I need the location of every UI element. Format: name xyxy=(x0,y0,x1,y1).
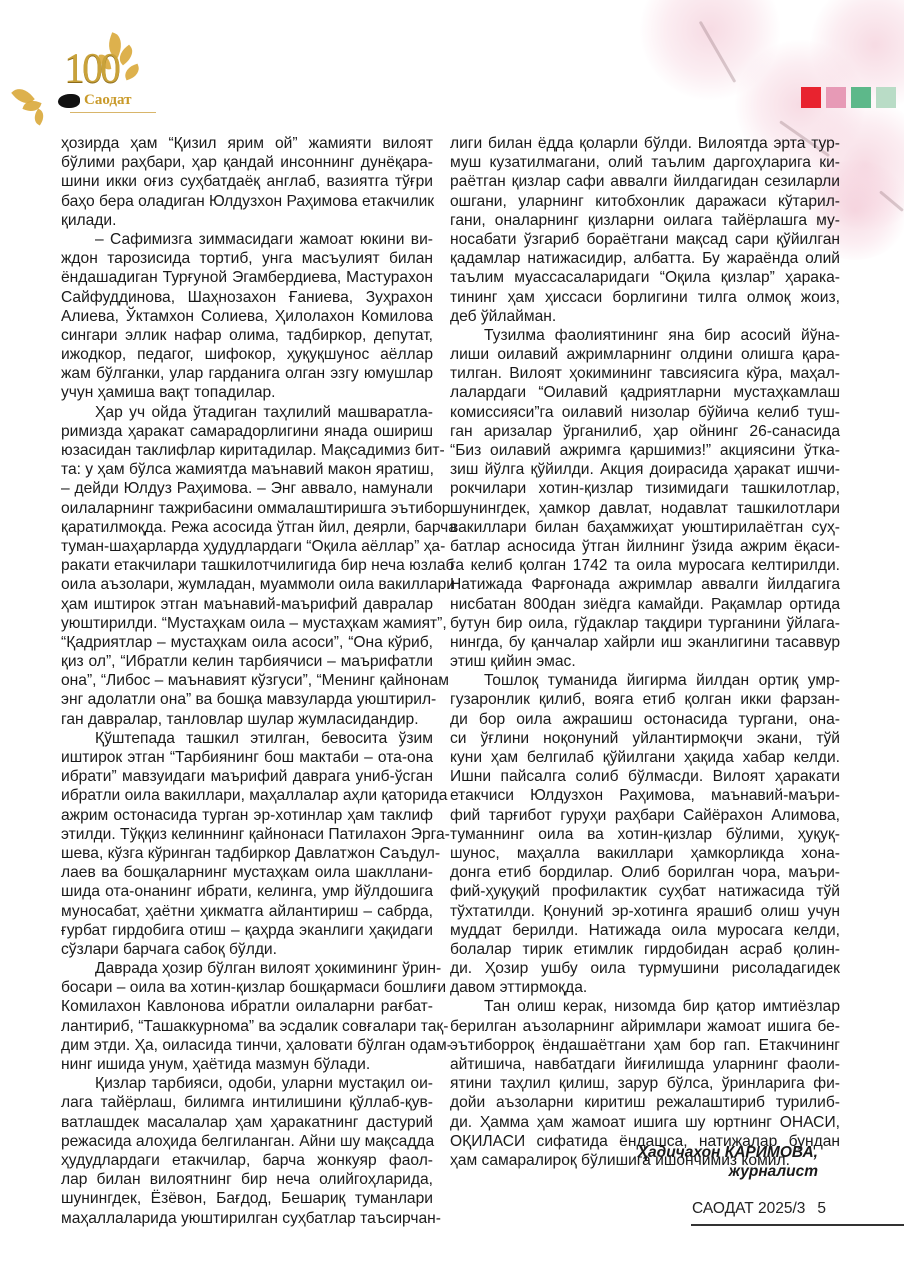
text-line: тининг ҳам ҳиссаси борлигини тилга олмоқ… xyxy=(450,288,840,307)
text-line: шунос, маҳалла вакиллари ҳамкорликда хон… xyxy=(450,844,840,863)
text-line: ҳозирда ҳам “Қизил ярим ой” жамияти вило… xyxy=(61,134,433,153)
swatch-green xyxy=(851,87,871,108)
text-line: “Қадриятлар – мустаҳкам оила асоси”, “Он… xyxy=(61,633,433,652)
text-line: лалардаги “Оилавий қадриятларни мустаҳка… xyxy=(450,383,840,402)
text-line: Ишни пайсалга солиб бўлмасди. Вилоят ҳар… xyxy=(450,767,840,786)
text-line: таълим муассасаларидаги “Оқила қизлар” ҳ… xyxy=(450,268,840,287)
text-line: сўзлари барчага сабоқ бўлди. xyxy=(61,940,433,959)
text-line: она”, “Либос – маънавият кўзгуси”, “Мени… xyxy=(61,671,433,690)
text-line: ракати етакчилари ташкилотчилигида бир н… xyxy=(61,556,433,575)
text-line: куни ҳам белгилаб қўйилгани ҳақида хабар… xyxy=(450,748,840,767)
text-line: тилган. Вилоят ҳокимининг тавсиясига кўр… xyxy=(450,364,840,383)
text-line: дойи аъзоларни киритиш режалаштириб тури… xyxy=(450,1093,840,1112)
article-left-column: ҳозирда ҳам “Қизил ярим ой” жамияти вило… xyxy=(61,134,433,1228)
text-line: туманнинг оила ва хотин-қизлар бўлими, ҳ… xyxy=(450,825,840,844)
text-line: – дейди Юлдуз Раҳимова. – Энг аввало, на… xyxy=(61,479,433,498)
text-line: юзасидан таклифлар киритадилар. Мақсадим… xyxy=(61,441,433,460)
text-line: та: у ҳам бўлса жамиятда маънавий макон … xyxy=(61,460,433,479)
text-line: дим этди. Ҳа, оиласида тинчи, ҳаловати б… xyxy=(61,1036,433,1055)
text-line: лага тайёрлаш, билимга интилишини қўллаб… xyxy=(61,1093,433,1112)
text-line: римизда ҳаракат самарадорлигини янада ош… xyxy=(61,422,433,441)
text-line: лиши оилавий ажримларнинг олдини олишга … xyxy=(450,345,840,364)
text-line: нисбатан 800дан зиёдга камайди. Рақамлар… xyxy=(450,595,840,614)
text-line: гани, оналарнинг қизларни оилага тайёрла… xyxy=(450,211,840,230)
color-swatch-strip xyxy=(801,87,896,108)
text-line: оила аъзолари, жумладан, муаммоли оила в… xyxy=(61,575,433,594)
text-line: батлар асносида ўтган йилнинг ўзида ажри… xyxy=(450,537,840,556)
magazine-issue: САОДАТ 2025/3 xyxy=(692,1200,805,1217)
text-line: нинг ишида унум, ҳаётида мазмун бўлади. xyxy=(61,1055,433,1074)
text-line: комиссияси”га оилавий низолар бўйича кел… xyxy=(450,403,840,422)
text-line: уюштирилди. “Мустаҳкам оила – мустаҳкам … xyxy=(61,614,433,633)
text-line: туман-шаҳарларда ҳудудлардаги “Оқила аёл… xyxy=(61,537,433,556)
text-line: сингари эллик нафар олима, тадбиркор, де… xyxy=(61,326,433,345)
text-line: босари – оила ва хотин-қизлар бошқармаси… xyxy=(61,978,433,997)
text-line: Тошлоқ туманида йигирма йилдан ортиқ умр… xyxy=(450,671,840,690)
text-line: ибратли оила вакиллари, маҳаллалар аҳли … xyxy=(61,786,433,805)
text-line: вакиллари билан баҳамжиҳат уюштирилаётга… xyxy=(450,518,840,537)
text-line: Комилахон Кавлонова ибратли оилаларни ра… xyxy=(61,997,433,1016)
text-line: лар билан вилоятнинг бир неча олийгоҳлар… xyxy=(61,1170,433,1189)
text-line: шини икки оғиз суҳбатдаёқ англаб, вазият… xyxy=(61,172,433,191)
text-line: шунингдек, ҳамкор давлат, нодавлат ташки… xyxy=(450,499,840,518)
text-line: шунингдек, Ёзёвон, Бағдод, Бешариқ туман… xyxy=(61,1189,433,1208)
text-line: носабати ўзгариб бораётгани мақсад сари … xyxy=(450,230,840,249)
text-line: ижодкор, педагог, шифокор, ҳуқуқшунос аё… xyxy=(61,345,433,364)
text-line: етакчиси Юлдузхон Раҳимова, маънавий-маъ… xyxy=(450,786,840,805)
text-line: ҳам иштирок этган маънавий-маърифий давр… xyxy=(61,595,433,614)
text-line: учун ҳамиша вақт топадилар. xyxy=(61,383,433,402)
text-line: қилади. xyxy=(61,211,433,230)
text-line: ошгани, уларнинг китобхонлик даражаси кў… xyxy=(450,192,840,211)
text-line: лаев ва бошқаларнинг мустаҳкам оила шакл… xyxy=(61,863,433,882)
text-line: фий тарғибот гуруҳи раҳбари Сайёрахон Ал… xyxy=(450,806,840,825)
text-line: давом эттирмоқда. xyxy=(450,978,840,997)
text-line: Тузилма фаолиятининг яна бир асосий йўна… xyxy=(450,326,840,345)
text-line: болалар тирик етимлик гирдобидан асраб қ… xyxy=(450,940,840,959)
text-line: Қўштепада ташкил этилган, бевосита ўзим xyxy=(61,729,433,748)
author-signature: Ҳадичахон КАРИМОВА, журналист xyxy=(638,1143,818,1181)
text-line: бутун бир оила, гўдаклар тақдири тургани… xyxy=(450,614,840,633)
text-line: раётган қизлар сафи аввалги йилдагидан с… xyxy=(450,172,840,191)
magazine-anniversary-logo: 100 Саодат xyxy=(8,26,158,126)
text-line: си ўғлини ноқонуний уйлантирмоқчи экани,… xyxy=(450,729,840,748)
text-line: берилган аъзоларнинг айримлари жамоат иш… xyxy=(450,1017,840,1036)
text-line: ажрим остонасида турган эр-хотинлар ҳам … xyxy=(61,806,433,825)
text-line: рокчилари хотин-қизлар тизимидаги ташкил… xyxy=(450,479,840,498)
text-line: Даврада ҳозир бўлган вилоят ҳокимининг ў… xyxy=(61,959,433,978)
text-line: ҳудудлардаги етакчилар, барча жонкуяр фа… xyxy=(61,1151,433,1170)
text-line: этилди. Тўққиз келиннинг қайнонаси Патил… xyxy=(61,825,433,844)
text-line: муш кузатилмагани, олий таълим даргоҳлар… xyxy=(450,153,840,172)
text-line: жам бўлганки, улар гарданига олган эзгу … xyxy=(61,364,433,383)
text-line: этиш қийин эмас. xyxy=(450,652,840,671)
text-line: – Сафимизга зиммасидаги жамоат юкини ви- xyxy=(61,230,433,249)
text-line: ган давралар, танловлар шулар жумласидан… xyxy=(61,710,433,729)
text-line: ждон тарозисида тортиб, унга масъулият б… xyxy=(61,249,433,268)
text-line: деб ўйлайман. xyxy=(450,307,840,326)
text-line: маҳаллаларида уюштирилган суҳбатлар таъс… xyxy=(61,1209,433,1228)
article-right-column: лиги билан ёдда қоларли бўлди. Вилоятда … xyxy=(450,134,840,1170)
text-line: Натижада Фарғонада ажримлар аввалги йилд… xyxy=(450,575,840,594)
text-line: айтишича, навбатдаги йиғилишда уларнинг … xyxy=(450,1055,840,1074)
text-line: гузаронлик қилиб, вояга етиб қолган икки… xyxy=(450,690,840,709)
text-line: лиги билан ёдда қоларли бўлди. Вилоятда … xyxy=(450,134,840,153)
woman-silhouette-icon xyxy=(58,94,80,108)
text-line: ятини таҳлил қилиш, зарур бўлса, ўринлар… xyxy=(450,1074,840,1093)
text-line: ди. Ҳамма ҳам жамоат ишига шу юртнинг ОН… xyxy=(450,1113,840,1132)
text-line: муносабат, ҳаётни ҳикматга айлантириш – … xyxy=(61,902,433,921)
text-line: қаратилмоқда. Режа асосида ўтган йил, де… xyxy=(61,518,433,537)
gold-leaf-icon xyxy=(122,64,141,81)
page-number: 5 xyxy=(817,1200,826,1217)
swatch-light-green xyxy=(876,87,896,108)
text-line: қадамлар натижасидир, албатта. Бу жараён… xyxy=(450,249,840,268)
swatch-red xyxy=(801,87,821,108)
text-line: муддат берилди. Натижада оила муросага к… xyxy=(450,921,840,940)
text-line: режасида алоҳида белгиланган. Айни шу ма… xyxy=(61,1132,433,1151)
text-line: Алиева, Ўктамхон Солиева, Ҳилолахон Коми… xyxy=(61,307,433,326)
text-line: Қизлар тарбияси, одоби, уларни мустақил … xyxy=(61,1074,433,1093)
text-line: ғурбат гирдобига отиш – қаҳрда эканлиги … xyxy=(61,921,433,940)
text-line: донга етиб бордилар. Олиб борилган чора,… xyxy=(450,863,840,882)
text-line: шева, кўзга кўринган тадбиркор Давлатжон… xyxy=(61,844,433,863)
text-line: қиз ол”, “Ибратли келин тарбиячиси – маъ… xyxy=(61,652,433,671)
author-role: журналист xyxy=(638,1162,818,1181)
swatch-pink xyxy=(826,87,846,108)
anniversary-number: 100 xyxy=(64,48,118,90)
text-line: лантириб, “Ташаккурнома” ва эсдалик совғ… xyxy=(61,1017,433,1036)
text-line: бўлими раҳбари, ҳар қандай инсоннинг дун… xyxy=(61,153,433,172)
page-footer: САОДАТ 2025/35 xyxy=(692,1200,826,1218)
magazine-brand: Саодат xyxy=(84,92,131,109)
author-name: Ҳадичахон КАРИМОВА, xyxy=(638,1143,818,1162)
text-line: шида ота-онанинг ибрати, келинга, умр йў… xyxy=(61,882,433,901)
text-line: энг адолатли она” ва бошқа мавзуларда ую… xyxy=(61,690,433,709)
text-line: ди бор оила ажрашиш остонасида тургани, … xyxy=(450,710,840,729)
text-line: ватлашдек масалалар ҳам ҳаракатнинг даст… xyxy=(61,1113,433,1132)
text-line: Ҳар уч ойда ўтадиган таҳлилий машваратла… xyxy=(61,403,433,422)
text-line: ёндашадиган Турғуной Эгамбердиева, Масту… xyxy=(61,268,433,287)
text-line: Тан олиш керак, низомда бир қатор имтиёз… xyxy=(450,997,840,1016)
text-line: эътиборроқ ёндашаётгани ҳам бор гап. Ета… xyxy=(450,1036,840,1055)
text-line: зиш йўлга қўйилди. Акция доирасида ҳарак… xyxy=(450,460,840,479)
text-line: “Биз оилавий ажримга қаршимиз!” акциясин… xyxy=(450,441,840,460)
text-line: оилаларнинг тажрибасини оммалаштиришга э… xyxy=(61,499,433,518)
text-line: ган аризалар ўрганилиб, ҳар ойнинг 26-са… xyxy=(450,422,840,441)
text-line: баҳо бера оладиган Юлдузхон Раҳимова ета… xyxy=(61,192,433,211)
text-line: тўхтатилди. Қонуний эр-хотинга ярашиб ол… xyxy=(450,902,840,921)
logo-underline xyxy=(70,112,156,113)
text-line: иштирок этган “Тарбиянинг бош мактаби – … xyxy=(61,748,433,767)
text-line: Сайфуддинова, Шаҳнозахон Ғаниева, Зуҳрах… xyxy=(61,288,433,307)
text-line: ибрати” мавзуидаги маърифий даврага униб… xyxy=(61,767,433,786)
text-line: фий-ҳуқуқий профилактик суҳбат натижасид… xyxy=(450,882,840,901)
text-line: га келиб қолган 1742 та оила муросага ке… xyxy=(450,556,840,575)
text-line: ди. Ҳозир ушбу оила турмушини рисоладаги… xyxy=(450,959,840,978)
text-line: нингда, бу қанчалар хайрли иш эканлигини… xyxy=(450,633,840,652)
footer-rule xyxy=(691,1224,904,1226)
